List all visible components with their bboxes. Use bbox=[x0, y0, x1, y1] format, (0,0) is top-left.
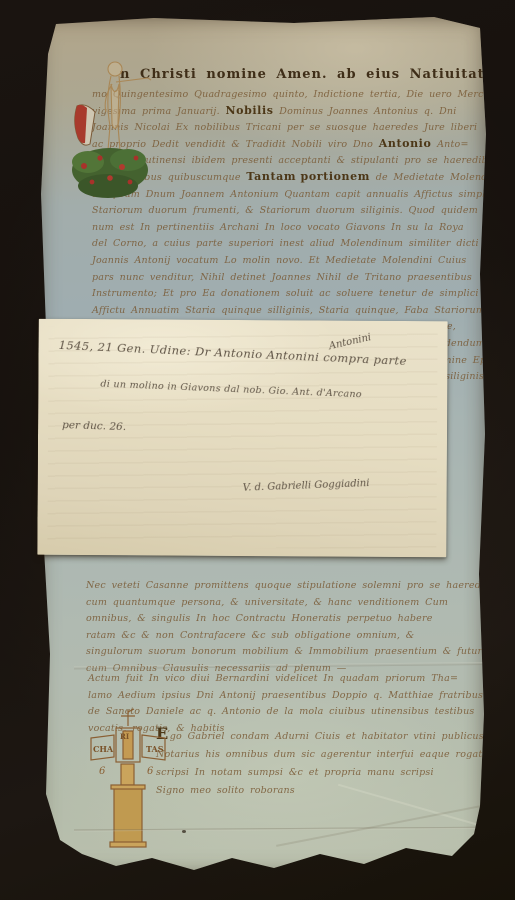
manuscript-line: cum quantumque persona, & universitate, … bbox=[86, 593, 510, 610]
sign-banner-left: CHA bbox=[93, 744, 114, 754]
manuscript-line: scripsi In notam sumpsi &c et propria ma… bbox=[156, 762, 506, 780]
ink-spot bbox=[502, 272, 511, 279]
illuminated-initial-figure bbox=[70, 54, 155, 202]
manuscript-line: pars nunc venditur, Nihil detinet Joanne… bbox=[92, 268, 506, 285]
manuscript-line: Instrumento; Et pro Ea donationem soluit… bbox=[92, 284, 506, 301]
manuscript-line: Nec veteti Casanne promittens quoque sti… bbox=[86, 576, 510, 593]
manuscript-line: Joannis Antonij vocatum Lo molin novo. E… bbox=[92, 251, 506, 268]
manuscript-line: Actum fuit In vico diui Bernardini videl… bbox=[88, 669, 512, 686]
clause-text-block: Nec veteti Casanne promittens quoque sti… bbox=[86, 576, 510, 676]
manuscript-line: singulorum suorum bonorum mobilium & Imm… bbox=[86, 642, 510, 659]
margin-bleed-strip bbox=[486, 336, 515, 574]
sign-number-right: 6 bbox=[147, 766, 154, 777]
manuscript-line: num est In pertinentiis Archani In loco … bbox=[92, 218, 506, 235]
notary-subscription-block: Ego Gabriel condam Adurni Ciuis et habit… bbox=[156, 726, 506, 798]
slip-signature: V. d. Gabrielli Goggiadini bbox=[243, 478, 370, 494]
parchment-crease bbox=[276, 799, 512, 846]
slip-price-line: per duc. 26. bbox=[62, 419, 126, 433]
fold-hole bbox=[489, 826, 493, 829]
sign-number-left: 6 bbox=[99, 766, 106, 777]
clause-lines: Nec veteti Casanne promittens quoque sti… bbox=[86, 576, 510, 676]
manuscript-line: omnibus, & singulis In hoc Contractu Hon… bbox=[86, 609, 510, 626]
manuscript-line: Stariorum duorum frumenti, & Stariorum d… bbox=[92, 201, 506, 218]
manuscript-line: Ego Gabriel condam Adurni Ciuis et habit… bbox=[156, 726, 506, 744]
slip-corner-note: Antonini bbox=[328, 332, 372, 352]
archival-slip: Antonini 1545, 21 Gen. Udine: Dr Antonio… bbox=[37, 319, 447, 557]
closing-lines: Ego Gabriel condam Adurni Ciuis et habit… bbox=[156, 726, 506, 798]
photo-background: n Christi nomine Amen. ab eius Natiuitat… bbox=[0, 0, 515, 900]
manuscript-line: Affictu Annuatim Staria quinque silligin… bbox=[92, 301, 506, 318]
manuscript-line: ratam &c & non Contrafacere &c sub oblig… bbox=[86, 626, 510, 643]
slip-description-line: di un molino in Giavons dal nob. Gio. An… bbox=[100, 379, 362, 401]
manuscript-line: del Corno, a cuius parte superiori inest… bbox=[92, 234, 506, 251]
fold-hole bbox=[182, 830, 186, 833]
manuscript-line: Signo meo solito roborans bbox=[156, 780, 506, 798]
notarial-sign-cross: CHA RI TAS 6 6 bbox=[87, 708, 169, 850]
sign-banner-right: TAS bbox=[146, 744, 164, 754]
manuscript-line: Notarius his omnibus dum sic agerentur i… bbox=[156, 744, 506, 762]
manuscript-line: lamo Aedium ipsius Dni Antonij praesenti… bbox=[88, 686, 512, 703]
sign-banner-center: RI bbox=[120, 732, 129, 741]
